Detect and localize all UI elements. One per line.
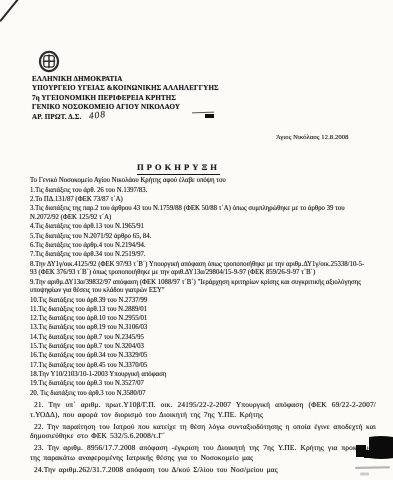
dash-blob-mark xyxy=(205,114,214,118)
list-item: 12.Τις διατάξεις του άρθ.10 του Ν.2955/0… xyxy=(30,315,371,324)
list-item: 20. Τις διατάξεις του άρθ.3 του Ν.3580/0… xyxy=(30,390,371,399)
letterhead-line-hospital: ΓΕΝΙΚΟ ΝΟΣΟΚΟΜΕΙΟ ΑΓΙΟΥ ΝΙΚΟΛΑΟΥ xyxy=(32,103,219,112)
date-line: Άγιος Νικόλαος 12.8.2008 xyxy=(276,134,349,141)
list-item: 21. Την υπ΄ αριθμ. πρωτ.Υ10β/Γ.Π. οικ. 2… xyxy=(30,400,376,419)
scan-corner-line-artifact xyxy=(0,0,21,22)
intro-line: Το Γενικό Νοσοκομείο Αγίου Νικολάου Κρήτ… xyxy=(30,177,371,186)
list-item: 11.Τις διατάξεις του άρθ.13 του Ν.2889/0… xyxy=(30,306,371,315)
list-item: 13.Τις διατάξεις του αρθ.19 του Ν.3106/0… xyxy=(30,324,371,333)
list-item: 14.Τις διατάξεις του άρθ.7 του Ν.2345/95 xyxy=(30,334,371,343)
list-item: 10.Τις διατάξεις του άρθ.39 του Ν.2737/9… xyxy=(30,297,371,306)
considerations-list: 1.Τις διατάξεις του άρθ. 26 του Ν.1397/8… xyxy=(30,187,371,474)
list-item: 3.Τις διατάξεις της παρ.2 του άρθρου 43 … xyxy=(30,205,371,222)
list-item: 2.Το ΠΔ.131/87 (ΦΕΚ 73/87 τ΄Α) xyxy=(30,196,371,205)
document-page: ΕΛΛΗΝΙΚΗ ΔΗΜΟΚΡΑΤΙΑ ΥΠΟΥΡΓΕΙΟ ΥΓΕΙΑΣ &ΚΟ… xyxy=(0,0,393,480)
list-item: 1.Τις διατάξεις του άρθ. 26 του Ν.1397/8… xyxy=(30,187,371,196)
letterhead-line-region: 7η ΥΓΕΙΟΝΟΜΙΚΗ ΠΕΡΙΦΕΡΕΙΑ ΚΡΗΤΗΣ xyxy=(32,94,219,103)
protocol-line: ΑΡ. ΠΡΩΤ. Δ.Σ. 408 xyxy=(32,113,219,122)
list-item: 15.Τις διατάξεις του άρθ.7 του Ν.3204/03 xyxy=(30,343,371,352)
letterhead: ΕΛΛΗΝΙΚΗ ΔΗΜΟΚΡΑΤΙΑ ΥΠΟΥΡΓΕΙΟ ΥΓΕΙΑΣ &ΚΟ… xyxy=(32,75,219,122)
list-item: 16.Τις διατάξεις του άρθ.34 του Ν.3329/0… xyxy=(30,352,371,361)
list-item: 22. Την παραίτηση του Ιατρού που κατείχε… xyxy=(30,422,376,441)
letterhead-line-republic: ΕΛΛΗΝΙΚΗ ΔΗΜΟΚΡΑΤΙΑ xyxy=(32,75,219,84)
list-item: 5.Τις διατάξεις του Ν.2071/92 άρθρο 65, … xyxy=(30,233,371,242)
protocol-number-handwritten: 408 xyxy=(89,111,107,122)
list-item: 17.Τις διατάξεις του άρθ.45 του Ν.3370/0… xyxy=(30,362,371,371)
protocol-label: ΑΡ. ΠΡΩΤ. Δ.Σ. xyxy=(32,113,81,122)
ink-stamp-blob-artifact xyxy=(354,434,393,480)
list-item: 6.Τις διατάξεις του άρθρ.4 του Ν.2194/94… xyxy=(30,242,371,251)
list-item: 23. Την αριθμ. 8956/17.7.2008 απόφαση -έ… xyxy=(30,443,376,462)
list-item: 9.Την αριθμ.ΔΥ13α/39832/97 απόφαση (ΦΕΚ … xyxy=(30,279,371,296)
document-title: ΠΡΟΚΗΡΥΞΗ xyxy=(137,162,220,175)
list-item: 18.Την Υ10/2103/10-1-2003 Υπουργική απόφ… xyxy=(30,371,371,380)
list-item: 24.Την αριθμ.262/31.7.2008 απόφαση του Δ… xyxy=(30,465,376,475)
document-body: Το Γενικό Νοσοκομείο Αγίου Νικολάου Κρήτ… xyxy=(30,177,371,474)
national-emblem-logo xyxy=(38,50,60,74)
letterhead-line-ministry: ΥΠΟΥΡΓΕΙΟ ΥΓΕΙΑΣ &ΚΟΙΝΩΝΙΚΗΣ ΑΛΛΗΛΕΓΓΥΗΣ xyxy=(32,84,219,93)
scan-dash-artifact xyxy=(192,111,218,119)
title-wrap: ΠΡΟΚΗΡΥΞΗ xyxy=(137,157,220,175)
list-item: 19.Τις διατάξεις του άρθ.3 του Ν.3527/07 xyxy=(30,380,371,389)
list-item: 8.Την ΔΥ1γ/οικ.4125/92 (ΦΕΚ 97/93 τ΄Β΄) … xyxy=(30,261,371,278)
list-item: 4.Τις διατάξεις του άρθ.13 του Ν.1965/91 xyxy=(30,223,371,232)
list-item: 7.Τις διατάξεις του άρθ.34 του Ν.2519/97… xyxy=(30,251,371,260)
